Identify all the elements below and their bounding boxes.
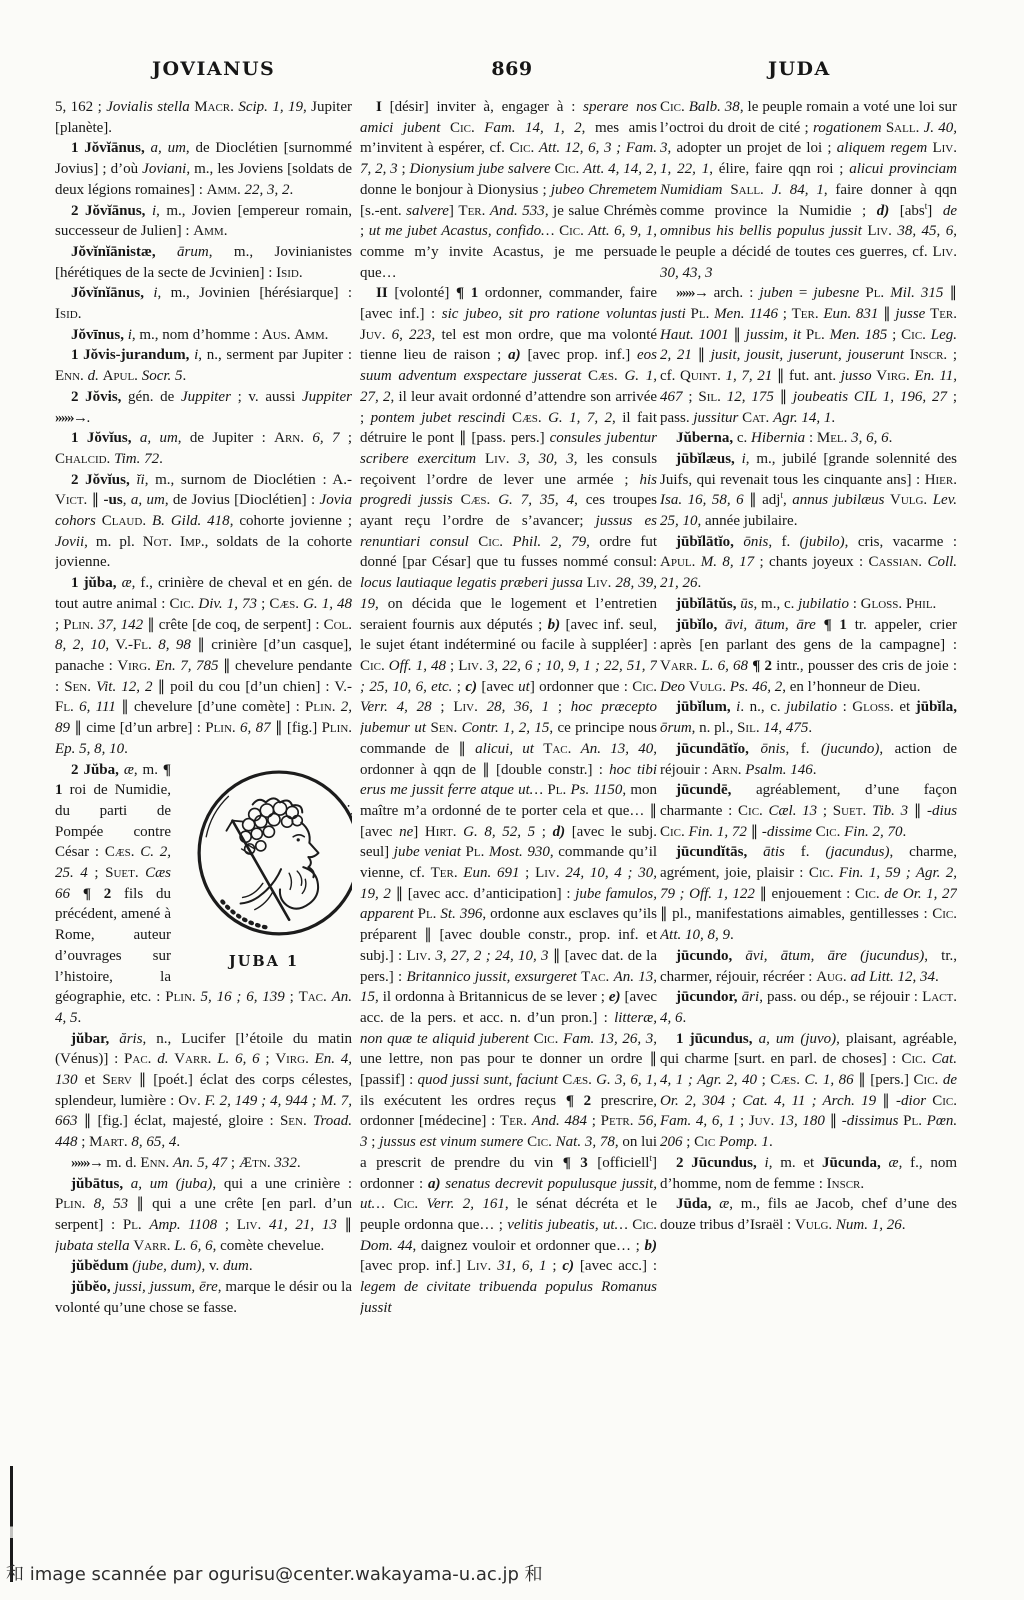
dictionary-entry: jūbĭlātŭs, ūs, m., c. jubilatio : Gloss.… <box>660 594 957 615</box>
page-number: 869 <box>0 58 1024 80</box>
running-head: JOVIANUS 869 JUDA <box>0 58 1024 84</box>
dictionary-entry: Jūda, æ, m., fils ae Jacob, chef d’une d… <box>660 1194 957 1235</box>
coin-legend-text: ·IVBA· <box>340 800 352 865</box>
running-head-right-keyword: JUDA <box>768 58 831 80</box>
column-left: 5, 162 ; Jovialis stella Macr. Scip. 1, … <box>55 97 352 1545</box>
dictionary-entry: II [volonté] ¶ 1 ordonner, commander, fa… <box>360 283 657 1318</box>
dictionary-entry: jŭbĕo, jussi, jussum, ēre, marque le dés… <box>55 1277 352 1318</box>
dictionary-entry: 1 jūcundus, a, um (juvo), plaisant, agré… <box>660 1029 957 1153</box>
dictionary-entry: 1 Jŏvis-jurandum, i, n., serment par Jup… <box>55 345 352 386</box>
dictionary-entry: jūcundor, āri, pass. ou dép., se réjouir… <box>660 987 957 1028</box>
dictionary-entry: jŭbar, ăris, n., Lucifer [l’étoile du ma… <box>55 1029 352 1153</box>
dictionary-entry: jūbĭlo, āvi, ātum, āre ¶ 1 tr. appeler, … <box>660 615 957 698</box>
dictionary-entry: jūcundo, āvi, ātum, āre (jucundus), tr.,… <box>660 946 957 987</box>
dictionary-entry: 1 Jŏvĭānus, a, um, de Dioclétien [surnom… <box>55 138 352 200</box>
dictionary-entry: Jŏvĭnĭānus, i, m., Jovinien [hérésiarque… <box>55 283 352 324</box>
dictionary-entry: 5, 162 ; Jovialis stella Macr. Scip. 1, … <box>55 97 352 138</box>
dictionary-entry: Cic. Balb. 38, le peuple romain a voté u… <box>660 97 957 283</box>
dictionary-entry: jŭbātus, a, um (juba), qui a une crinièr… <box>55 1174 352 1257</box>
dictionary-entry: jŭbĕdum (jube, dum), v. dum. <box>55 1256 352 1277</box>
coin-caption: JUBA 1 <box>176 952 352 973</box>
svg-text:·IVBA·: ·IVBA· <box>340 800 352 865</box>
scanner-footer-note: 和 image scannée par ogurisu@center.wakay… <box>6 1560 543 1586</box>
dictionary-entry: 2 Jūcundus, i, m. et Jūcunda, æ, f., nom… <box>660 1153 957 1194</box>
coin-illustration: ·IVBA· <box>192 766 352 944</box>
dictionary-entry: 1 Jŏvĭus, a, um, de Jupiter : Arn. 6, 7 … <box>55 428 352 469</box>
dictionary-entry: jūcundē, agréablement, d’une façon charm… <box>660 780 957 842</box>
dictionary-entry: 2 Jŏvis, gén. de Juppiter ; v. aussi Jup… <box>55 387 352 428</box>
scanned-dictionary-page: JOVIANUS 869 JUDA 5, 162 ; Jovialis stel… <box>0 0 1024 1600</box>
coin-figure: ·IVBA· JUBA 1 <box>176 766 352 973</box>
dictionary-entry: Jŏvīnus, i, m., nom d’homme : Aus. Amm. <box>55 325 352 346</box>
dictionary-entry: »»»→ m. d. Enn. An. 5, 47 ; Ætn. 332. <box>55 1153 352 1174</box>
dictionary-entry: Jŏvĭnĭānistæ, ārum, m., Jovinianistes [h… <box>55 242 352 283</box>
text-columns: 5, 162 ; Jovialis stella Macr. Scip. 1, … <box>55 97 960 1545</box>
dictionary-entry: 2 Jŏvĭus, ĭi, m., surnom de Dioclétien :… <box>55 470 352 574</box>
dictionary-entry: I [désir] inviter à, engager à : sperare… <box>360 97 657 283</box>
column-right: Cic. Balb. 38, le peuple romain a voté u… <box>660 97 957 1545</box>
dictionary-entry: jūbĭlæus, i, m., jubilé [grande solennit… <box>660 449 957 532</box>
dictionary-entry: 1 jŭba, æ, f., crinière de cheval et en … <box>55 573 352 759</box>
dictionary-entry: 2 Jŏvĭānus, i, m., Jovien [empereur roma… <box>55 201 352 242</box>
dictionary-entry: jūcundātĭo, ōnis, f. (jucundo), action d… <box>660 739 957 780</box>
dictionary-entry: jūbĭlum, i. n., c. jubilatio : Gloss. et… <box>660 697 957 738</box>
column-middle: I [désir] inviter à, engager à : sperare… <box>360 97 657 1545</box>
dictionary-entry: ·IVBA· JUBA 1 2 Jŭba, æ, m. ¶ 1 roi de N… <box>55 760 352 1029</box>
dictionary-entry: »»»→ arch. : juben = jubesne Pl. Mil. 31… <box>660 283 957 428</box>
dictionary-entry: Jŭberna, c. Hibernia : Mel. 3, 6, 6. <box>660 428 957 449</box>
dictionary-entry: jūbĭlātĭo, ōnis, f. (jubilo), cris, vaca… <box>660 532 957 594</box>
dictionary-entry: jūcundĭtās, ātis f. (jacundus), charme, … <box>660 842 957 946</box>
